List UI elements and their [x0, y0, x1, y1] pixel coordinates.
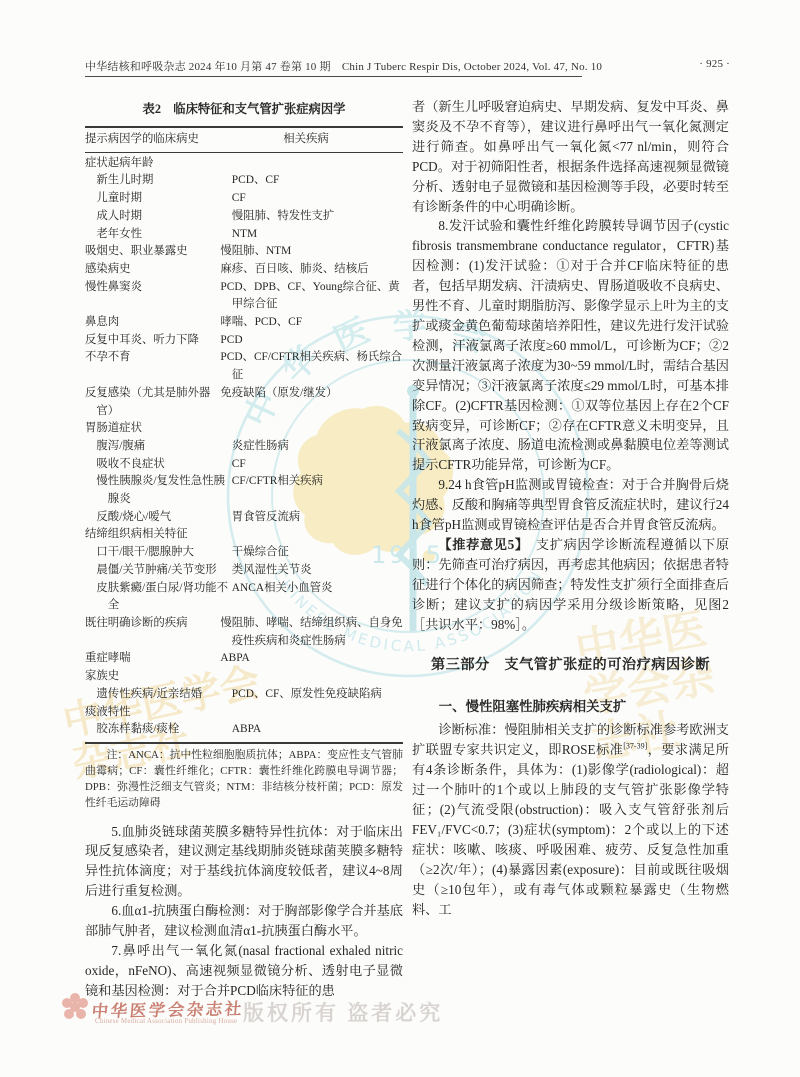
disease-cell: 慢阻肺、特发性支扩 [232, 208, 403, 226]
disease-cell: PCD、CF/CFTR相关疾病、杨氏综合征 [220, 349, 403, 384]
disease-cell: PCD、DPB、CF、Young综合征、黄甲综合征 [220, 279, 403, 314]
table-row: 鼻息肉 哮喘、PCD、CF [85, 314, 403, 332]
paragraph-7: 7.鼻呼出气一氧化氮(nasal fractional exhaled nitr… [85, 941, 403, 1001]
disease-cell: ABPA [232, 721, 403, 739]
subsection-heading: 一、慢性阻塞性肺疾病相关支扩 [412, 696, 729, 715]
table-row: 晨僵/关节肿痛/关节变形 类风湿性关节炎 [85, 562, 403, 580]
paragraph-6: 6.血α1-抗胰蛋白酶检测：对于胸部影像学合并基底部肺气肿者，建议检测血清α1-… [85, 901, 403, 941]
table-row: 慢性胰腺炎/复发性急性胰腺炎 CF/CFTR相关疾病 [85, 473, 403, 508]
table-row: 症状起病年龄 [85, 155, 403, 173]
history-cell: 家族史 [85, 668, 220, 686]
history-column-header: 提示病因学的临床病史 [85, 131, 209, 149]
recommendation-label: 【推荐意见5】 [438, 537, 522, 552]
publisher-name-english: Chinese Medical Association Publishing H… [95, 1018, 325, 1025]
table-row: 新生儿时期 PCD、CF [85, 172, 403, 190]
paragraph-9: 9.24 h食管pH监测或胃镜检查：对于合并胸骨后烧灼感、反酸和胸痛等典型胃食管… [412, 475, 729, 535]
table-row: 腹泻/腹痛 炎症性肠病 [85, 438, 403, 456]
table-row: 吸烟史、职业暴露史 慢阻肺、NTM [85, 243, 403, 261]
table-note: 注：ANCA：抗中性粒细胞胞质抗体；ABPA：变应性支气管肺曲霉病；CF：囊性纤… [85, 748, 403, 812]
disease-cell: PCD、CF、原发性免疫缺陷病 [232, 686, 403, 704]
history-cell: 不孕不育 [85, 349, 220, 367]
table-header-row: 提示病因学的临床病史 相关疾病 [85, 128, 403, 153]
table-row: 儿童时期 CF [85, 190, 403, 208]
disease-column-header: 相关疾病 [209, 131, 403, 149]
disease-cell: 干燥综合征 [232, 544, 403, 562]
table-2: 提示病因学的临床病史 相关疾病 症状起病年龄 新生儿时期 PCD、CF 儿童时期… [85, 126, 403, 744]
disease-cell: 哮喘、PCD、CF [220, 314, 403, 332]
disease-cell: CF/CFTR相关疾病 [232, 473, 403, 491]
history-cell: 胶冻样黏痰/痰栓 [85, 721, 232, 739]
history-cell: 重症哮喘 [85, 650, 220, 668]
plum-blossom-logo-icon [70, 1002, 80, 1012]
disease-cell: CF [232, 190, 403, 208]
citation-superscript: [37-39] [623, 742, 647, 751]
table-row: 结缔组织病相关特征 [85, 526, 403, 544]
disease-cell: CF [232, 456, 403, 474]
history-cell: 遗传性疾病/近亲结婚 [85, 686, 232, 704]
table-row: 胃肠道症状 [85, 420, 403, 438]
table-row: 不孕不育 PCD、CF/CFTR相关疾病、杨氏综合征 [85, 349, 403, 384]
history-cell: 痰液特性 [85, 704, 220, 722]
disease-cell: PCD [220, 332, 403, 350]
history-cell: 反复感染（尤其是肺外器官） [85, 385, 220, 420]
disease-cell: 麻疹、百日咳、肺炎、结核后 [220, 261, 403, 279]
history-cell: 症状起病年龄 [85, 155, 220, 173]
history-cell: 胃肠道症状 [85, 420, 220, 438]
table-row: 慢性鼻窦炎 PCD、DPB、CF、Young综合征、黄甲综合征 [85, 279, 403, 314]
history-cell: 皮肤紫癜/蛋白尿/肾功能不全 [85, 580, 232, 615]
disease-cell: NTM [232, 226, 403, 244]
history-cell: 成人时期 [85, 208, 232, 226]
paragraph-8: 8.发汗试验和囊性纤维化跨膜转导调节因子(cystic fibrosis tra… [412, 216, 729, 475]
section-heading: 第三部分 支气管扩张症的可治疗病因诊断 [412, 654, 729, 674]
history-cell: 儿童时期 [85, 190, 232, 208]
table-row: 吸收不良症状 CF [85, 456, 403, 474]
disease-cell: 类风湿性关节炎 [232, 562, 403, 580]
header-rule [85, 76, 582, 77]
left-column: 表2 临床特征和支气管扩张症病因学 提示病因学的临床病史 相关疾病 症状起病年龄… [85, 95, 403, 1001]
table-row: 反酸/烧心/嗳气 胃食管反流病 [85, 509, 403, 527]
history-cell: 慢性胰腺炎/复发性急性胰腺炎 [85, 473, 232, 508]
journal-info: 中华结核和呼吸杂志 2024 年10 月第 47 卷第 10 期 Chin J … [85, 58, 602, 74]
history-cell: 既往明确诊断的疾病 [85, 615, 220, 633]
table-row: 皮肤紫癜/蛋白尿/肾功能不全 ANCA相关小血管炎 [85, 580, 403, 615]
history-cell: 结缔组织病相关特征 [85, 526, 220, 544]
disease-cell: PCD、CF [232, 172, 403, 190]
disease-cell: ABPA [220, 650, 403, 668]
paragraph-diagnostic-criteria: 诊断标准：慢阻肺相关支扩的诊断标准参考欧洲支扩联盟专家共识定义，即ROSE标准[… [412, 720, 729, 919]
recommendation-5: 【推荐意见5】 支扩病因学诊断流程遵循以下原则：先筛查可治疗病因，再考虑其他病因… [412, 535, 729, 635]
disease-cell: 免疫缺陷（原发/继发） [220, 385, 403, 403]
table-row: 重症哮喘 ABPA [85, 650, 403, 668]
table-row: 遗传性疾病/近亲结婚 PCD、CF、原发性免疫缺陷病 [85, 686, 403, 704]
page-number: · 925 · [699, 58, 730, 74]
right-column: 者（新生儿呼吸窘迫病史、早期发病、复发中耳炎、鼻窦炎及不孕不育等），建议进行鼻呼… [412, 97, 729, 920]
table-row: 痰液特性 [85, 704, 403, 722]
page-header: 中华结核和呼吸杂志 2024 年10 月第 47 卷第 10 期 Chin J … [85, 58, 730, 74]
history-cell: 腹泻/腹痛 [85, 438, 232, 456]
history-cell: 反复中耳炎、听力下降 [85, 332, 220, 350]
table-title: 表2 临床特征和支气管扩张症病因学 [85, 99, 403, 117]
history-cell: 口干/眼干/腮腺肿大 [85, 544, 232, 562]
table-row: 反复感染（尤其是肺外器官） 免疫缺陷（原发/继发） [85, 385, 403, 420]
criteria-text: ，要求满足所有4条诊断条件，具体为：(1)影像学(radiological)：超… [412, 742, 729, 916]
disease-cell: ANCA相关小血管炎 [232, 580, 403, 598]
paragraph-7-continued: 者（新生儿呼吸窘迫病史、早期发病、复发中耳炎、鼻窦炎及不孕不育等），建议进行鼻呼… [412, 97, 729, 216]
table-row: 反复中耳炎、听力下降 PCD [85, 332, 403, 350]
history-cell: 吸收不良症状 [85, 456, 232, 474]
disease-cell: 慢阻肺、哮喘、结缔组织病、自身免疫性疾病和炎症性肠病 [220, 615, 403, 650]
history-cell: 晨僵/关节肿痛/关节变形 [85, 562, 232, 580]
history-cell: 慢性鼻窦炎 [85, 279, 220, 297]
table-row: 既往明确诊断的疾病 慢阻肺、哮喘、结缔组织病、自身免疫性疾病和炎症性肠病 [85, 615, 403, 650]
table-body: 症状起病年龄 新生儿时期 PCD、CF 儿童时期 CF 成人时期 慢阻肺、特发性… [85, 153, 403, 744]
paragraph-5: 5.血肺炎链球菌荚膜多糖特异性抗体：对于临床出现反复感染者，建议测定基线期肺炎链… [85, 822, 403, 902]
disease-cell: 胃食管反流病 [232, 509, 403, 527]
table-row: 口干/眼干/腮腺肿大 干燥综合征 [85, 544, 403, 562]
history-cell: 老年女性 [85, 226, 232, 244]
history-cell: 鼻息肉 [85, 314, 220, 332]
table-row: 感染病史 麻疹、百日咳、肺炎、结核后 [85, 261, 403, 279]
table-row: 老年女性 NTM [85, 226, 403, 244]
history-cell: 感染病史 [85, 261, 220, 279]
history-cell: 新生儿时期 [85, 172, 232, 190]
table-row: 成人时期 慢阻肺、特发性支扩 [85, 208, 403, 226]
disease-cell: 炎症性肠病 [232, 438, 403, 456]
table-row: 胶冻样黏痰/痰栓 ABPA [85, 721, 403, 739]
disease-cell: 慢阻肺、NTM [220, 243, 403, 261]
history-cell: 反酸/烧心/嗳气 [85, 509, 232, 527]
table-row: 家族史 [85, 668, 403, 686]
history-cell: 吸烟史、职业暴露史 [85, 243, 220, 261]
